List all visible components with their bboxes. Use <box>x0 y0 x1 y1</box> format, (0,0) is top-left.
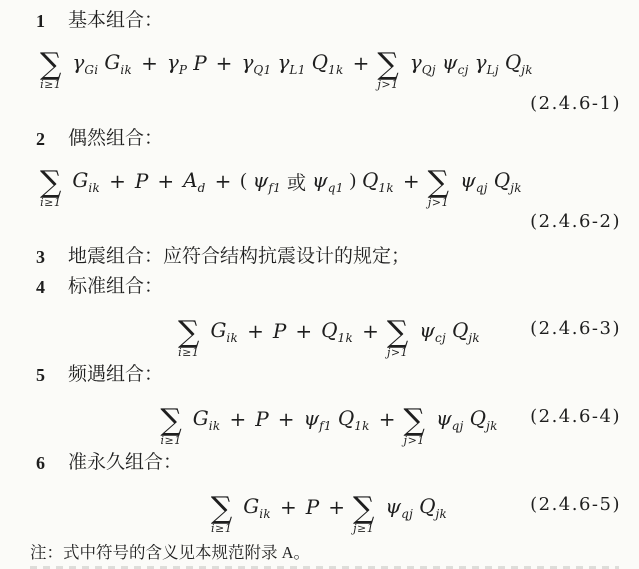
summation-limit: j>1 <box>377 79 398 91</box>
math-operator: + <box>215 169 232 193</box>
symbol-subscript: Lj <box>487 63 499 77</box>
item-title: 地震组合： <box>68 244 163 270</box>
symbol-base: γ <box>277 50 289 74</box>
document-page: 1 基本组合： ∑i≥1γGiGik+γPP+γQ1γL1Q1k+∑j>1γQj… <box>0 0 639 569</box>
summation-symbol: ∑i≥1 <box>160 407 181 447</box>
math-operator: + <box>278 407 295 431</box>
math-symbol: Gik <box>210 318 238 345</box>
math-symbol: Qjk <box>494 168 522 195</box>
math-symbol: ψcj <box>442 50 469 77</box>
symbol-subscript: Q1 <box>253 63 271 77</box>
symbol-subscript: f1 <box>268 181 281 195</box>
symbol-base: γ <box>410 50 422 74</box>
symbol-base: ψ <box>253 168 269 192</box>
summation-symbol: ∑j≥1 <box>353 495 374 535</box>
symbol-subscript: jk <box>521 63 533 77</box>
symbol-base: ψ <box>436 406 452 430</box>
equation-quasi-permanent-combination: ∑i≥1Gik+P+∑j≥1ψqjQjk(2.4.6-5) <box>36 478 623 536</box>
symbol-base: γ <box>241 50 253 74</box>
symbol-subscript: 1k <box>328 63 344 77</box>
symbol-subscript: 1k <box>338 331 354 345</box>
equation-number-row: (2.4.6-2) <box>36 210 623 234</box>
symbol-base: Q <box>452 318 468 342</box>
sigma-glyph: ∑ <box>40 51 61 79</box>
summation-symbol: ∑i≥1 <box>40 169 61 209</box>
math-operator: + <box>157 169 174 193</box>
symbol-subscript: P <box>179 63 187 77</box>
symbol-base: Q <box>338 406 354 430</box>
equation-number: (2.4.6-5) <box>530 494 621 515</box>
equation-characteristic-combination: ∑i≥1Gik+P+Q1k+∑j>1ψcjQjk(2.4.6-3) <box>36 302 623 360</box>
summation-limit: i≥1 <box>211 523 232 535</box>
math-symbol: P <box>273 319 286 343</box>
symbol-base: ψ <box>460 168 476 192</box>
math-operator: + <box>109 169 126 193</box>
math-operator: + <box>247 319 264 343</box>
symbol-base: Q <box>505 50 521 74</box>
symbol-subscript: ik <box>259 507 271 521</box>
summation-limit: i≥1 <box>40 197 61 209</box>
sigma-glyph: ∑ <box>428 169 449 197</box>
item-title: 频遇组合： <box>68 362 163 388</box>
item-number: 2 <box>36 126 50 152</box>
symbol-base: Q <box>470 406 486 430</box>
math-text: ( <box>240 170 246 192</box>
list-item-5-heading: 5 频遇组合： <box>36 362 623 388</box>
sigma-glyph: ∑ <box>353 495 374 523</box>
math-text: ) <box>350 170 356 192</box>
symbol-base: ψ <box>303 406 319 430</box>
equation-number: (2.4.6-3) <box>530 318 621 339</box>
item-title: 标准组合： <box>68 274 163 300</box>
math-operator: + <box>216 51 233 75</box>
symbol-subscript: ik <box>120 63 132 77</box>
math-symbol: γGi <box>72 50 98 77</box>
symbol-base: ψ <box>385 494 401 518</box>
math-symbol: Gik <box>104 50 132 77</box>
item-number: 5 <box>36 362 50 388</box>
math-symbol: Q1k <box>321 318 353 345</box>
summation-symbol: ∑j>1 <box>387 319 408 359</box>
math-symbol: γP <box>167 50 187 77</box>
symbol-base: P <box>273 319 286 343</box>
symbol-base: Q <box>362 168 378 192</box>
item-number: 3 <box>36 244 50 270</box>
symbol-subscript: ik <box>88 181 100 195</box>
math-operator: + <box>295 319 312 343</box>
symbol-base: Q <box>419 494 435 518</box>
symbol-subscript: jk <box>486 419 498 433</box>
math-symbol: P <box>135 169 148 193</box>
equation-number: (2.4.6-2) <box>530 211 621 232</box>
summation-symbol: ∑j>1 <box>377 51 398 91</box>
summation-limit: j>1 <box>428 197 449 209</box>
math-symbol: Q1k <box>338 406 370 433</box>
math-operator: + <box>362 319 379 343</box>
math-symbol: γQ1 <box>241 50 271 77</box>
sigma-glyph: ∑ <box>178 319 199 347</box>
math-symbol: Gik <box>243 494 271 521</box>
summation-limit: j>1 <box>387 347 408 359</box>
math-symbol: ψcj <box>419 318 446 345</box>
symbol-subscript: 1k <box>378 181 394 195</box>
symbol-base: G <box>210 318 226 342</box>
symbol-base: G <box>243 494 259 518</box>
math-symbol: ψq1 <box>312 168 344 195</box>
symbol-subscript: Qj <box>422 63 436 77</box>
math-symbol: Q1k <box>312 50 344 77</box>
symbol-base: P <box>306 495 319 519</box>
list-item-6-heading: 6 准永久组合： <box>36 450 623 476</box>
sigma-glyph: ∑ <box>404 407 425 435</box>
symbol-base: γ <box>167 50 179 74</box>
summation-symbol: ∑i≥1 <box>211 495 232 535</box>
item-number: 1 <box>36 8 50 34</box>
math-symbol: ψqj <box>436 406 464 433</box>
math-text: 或 <box>287 168 306 195</box>
equation-basic-combination: ∑i≥1γGiGik+γPP+γQ1γL1Q1k+∑j>1γQjψcjγLjQj… <box>36 34 623 116</box>
math-symbol: P <box>255 407 268 431</box>
formula-line: ∑i≥1Gik+P+Ad+(ψf1或ψq1)Q1k+∑j>1ψqjQjk <box>36 152 623 210</box>
math-symbol: Gik <box>72 168 100 195</box>
symbol-subscript: qj <box>401 507 413 521</box>
symbol-subscript: Gi <box>84 63 98 77</box>
math-symbol: γLj <box>475 50 499 77</box>
math-operator: + <box>403 169 420 193</box>
summation-limit: i≥1 <box>178 347 199 359</box>
summation-symbol: ∑i≥1 <box>40 51 61 91</box>
math-operator: + <box>379 407 396 431</box>
list-item-4-heading: 4 标准组合： <box>36 274 623 300</box>
math-operator: + <box>229 407 246 431</box>
symbol-subscript: f1 <box>319 419 332 433</box>
summation-limit: i≥1 <box>160 435 181 447</box>
list-item-2-heading: 2 偶然组合： <box>36 126 623 152</box>
symbol-base: ψ <box>312 168 328 192</box>
math-symbol: P <box>193 51 206 75</box>
equation-number: (2.4.6-1) <box>530 93 621 114</box>
list-item-1-heading: 1 基本组合： <box>36 8 623 34</box>
symbol-subscript: jk <box>510 181 522 195</box>
math-operator: + <box>141 51 158 75</box>
math-operator: + <box>353 51 370 75</box>
math-symbol: ψqj <box>385 494 413 521</box>
symbol-base: Q <box>312 50 328 74</box>
symbol-base: γ <box>72 50 84 74</box>
symbol-subscript: d <box>198 181 206 195</box>
symbol-subscript: qj <box>452 419 464 433</box>
summation-symbol: ∑i≥1 <box>178 319 199 359</box>
math-operator: + <box>280 495 297 519</box>
summation-symbol: ∑j>1 <box>404 407 425 447</box>
math-symbol: Ad <box>183 168 205 195</box>
math-symbol: ψf1 <box>303 406 331 433</box>
summation-limit: j≥1 <box>353 523 374 535</box>
symbol-subscript: ik <box>226 331 238 345</box>
math-operator: + <box>328 495 345 519</box>
math-symbol: γL1 <box>277 50 305 77</box>
symbol-base: P <box>135 169 148 193</box>
symbol-base: γ <box>475 50 487 74</box>
math-symbol: Qjk <box>419 494 447 521</box>
formula-line: ∑i≥1γGiGik+γPP+γQ1γL1Q1k+∑j>1γQjψcjγLjQj… <box>36 34 623 92</box>
math-symbol: ψqj <box>460 168 488 195</box>
math-symbol: γQj <box>410 50 436 77</box>
item-number: 4 <box>36 274 50 300</box>
item-title: 偶然组合： <box>68 126 163 152</box>
list-item-3-heading: 3 地震组合： 应符合结构抗震设计的规定； <box>36 244 623 270</box>
footnote: 注：式中符号的含义见本规范附录 A。 <box>30 542 623 564</box>
sigma-glyph: ∑ <box>211 495 232 523</box>
item-title: 基本组合： <box>68 8 163 34</box>
symbol-base: A <box>183 168 197 192</box>
symbol-subscript: cj <box>435 331 446 345</box>
symbol-base: G <box>193 406 209 430</box>
symbol-base: P <box>193 51 206 75</box>
symbol-subscript: cj <box>458 63 469 77</box>
symbol-base: G <box>72 168 88 192</box>
math-symbol: Qjk <box>505 50 533 77</box>
math-symbol: Gik <box>193 406 221 433</box>
symbol-subscript: 1k <box>354 419 370 433</box>
symbol-subscript: jk <box>468 331 480 345</box>
item-number: 6 <box>36 450 50 476</box>
symbol-subscript: L1 <box>289 63 305 77</box>
symbol-base: ψ <box>442 50 458 74</box>
symbol-base: G <box>104 50 120 74</box>
symbol-base: Q <box>494 168 510 192</box>
math-symbol: ψf1 <box>253 168 281 195</box>
sigma-glyph: ∑ <box>160 407 181 435</box>
equation-accidental-combination: ∑i≥1Gik+P+Ad+(ψf1或ψq1)Q1k+∑j>1ψqjQjk(2.4… <box>36 152 623 234</box>
math-symbol: P <box>306 495 319 519</box>
summation-limit: i≥1 <box>40 79 61 91</box>
math-symbol: Qjk <box>470 406 498 433</box>
math-symbol: Qjk <box>452 318 480 345</box>
symbol-base: ψ <box>419 318 435 342</box>
symbol-subscript: jk <box>436 507 448 521</box>
symbol-subscript: q1 <box>328 181 344 195</box>
symbol-base: P <box>255 407 268 431</box>
item-title: 准永久组合： <box>68 450 182 476</box>
equation-frequent-combination: ∑i≥1Gik+P+ψf1Q1k+∑j>1ψqjQjk(2.4.6-4) <box>36 390 623 448</box>
sigma-glyph: ∑ <box>40 169 61 197</box>
sigma-glyph: ∑ <box>377 51 398 79</box>
symbol-subscript: ik <box>209 419 221 433</box>
summation-symbol: ∑j>1 <box>428 169 449 209</box>
symbol-base: Q <box>321 318 337 342</box>
summation-limit: j>1 <box>404 435 425 447</box>
sigma-glyph: ∑ <box>387 319 408 347</box>
symbol-subscript: qj <box>476 181 488 195</box>
item-inline-text: 应符合结构抗震设计的规定； <box>163 244 410 270</box>
math-symbol: Q1k <box>362 168 394 195</box>
equation-number-row: (2.4.6-1) <box>36 92 623 116</box>
equation-number: (2.4.6-4) <box>530 406 621 427</box>
